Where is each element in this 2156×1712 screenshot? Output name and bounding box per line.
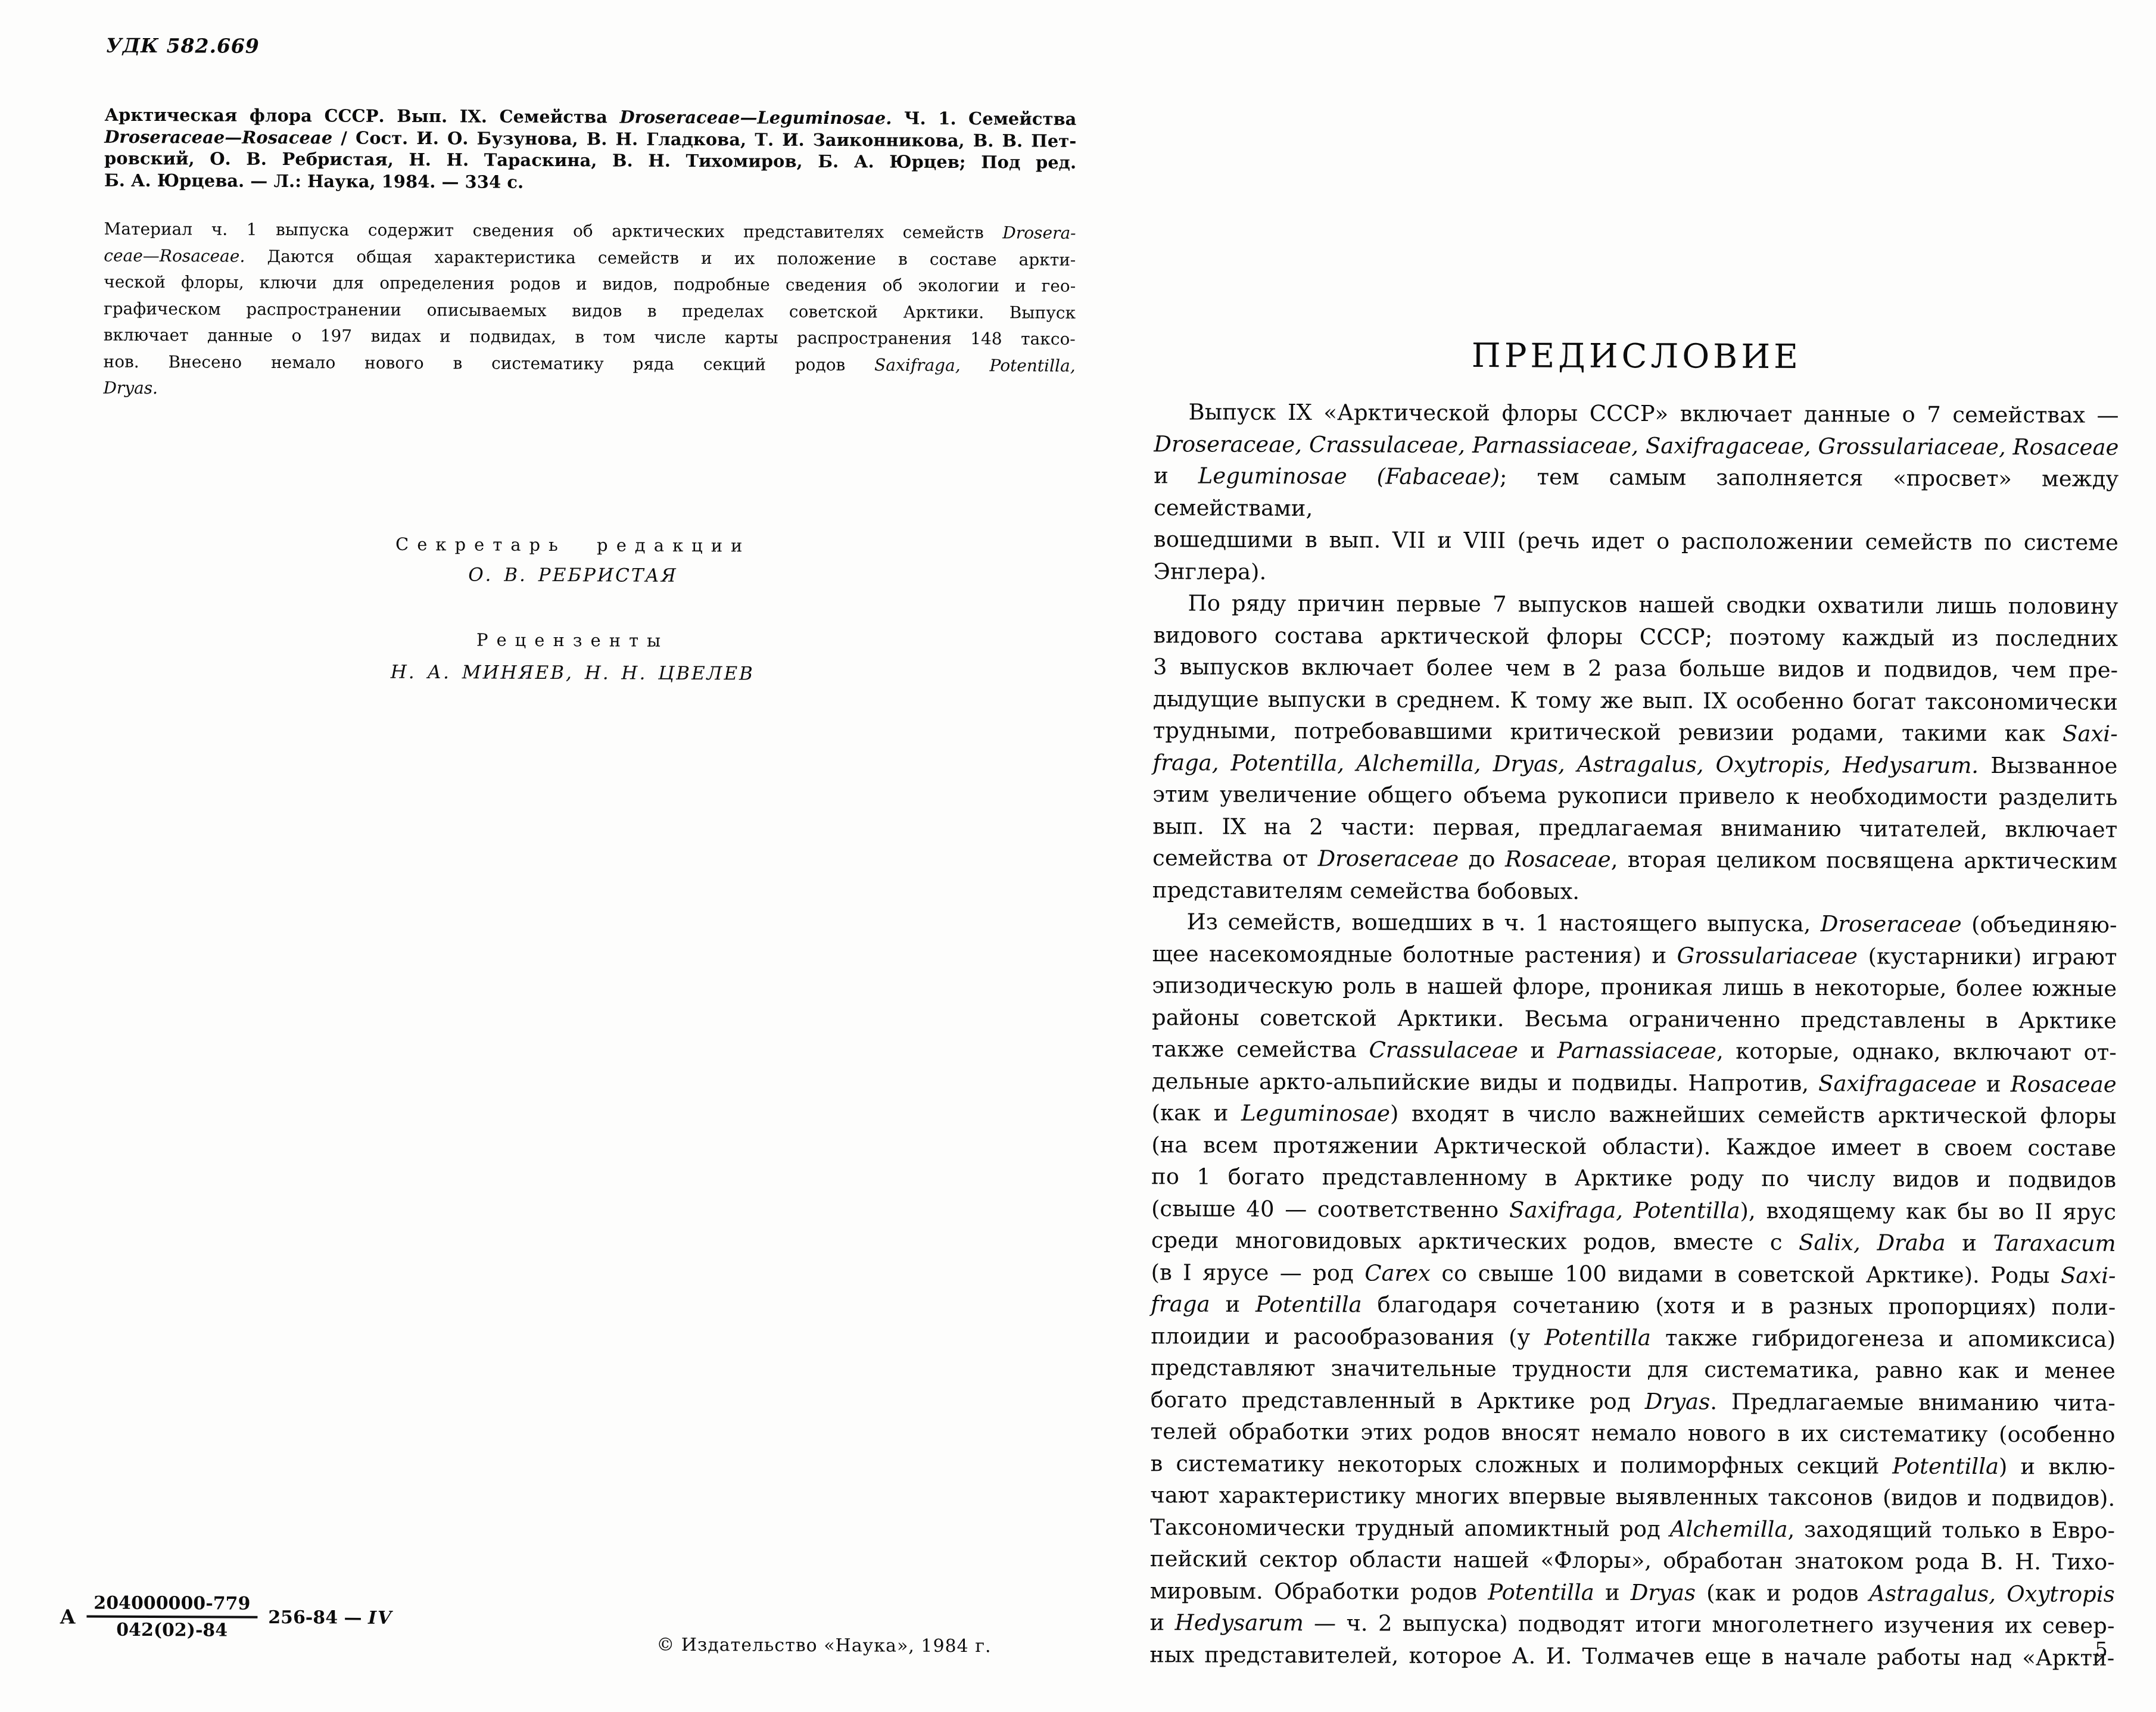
text-line: эпизодическую роль в нашей флоре, проник…	[1152, 969, 2117, 1005]
text-segment: Выпуск IX «Арктической флоры СССР» включ…	[1189, 399, 2119, 428]
text-segment: и	[1518, 1037, 1557, 1063]
text-segment: , вторая целиком посвящена арктическим	[1611, 847, 2117, 874]
reviewers-names: Н. А. МИНЯЕВ, Н. Н. ЦВЕЛЕВ	[102, 660, 1043, 686]
bibliographic-entry: Арктическая флора СССР. Вып. IX. Семейст…	[104, 104, 1077, 195]
text-segment: , которые, однако, включают от-	[1716, 1039, 2117, 1065]
text-segment: (как и	[1151, 1100, 1241, 1126]
text-line: По ряду причин первые 7 выпусков нашей с…	[1153, 587, 2118, 622]
text-line: дельные аркто-альпийские виды и подвиды.…	[1152, 1065, 2117, 1100]
paragraph: По ряду причин первые 7 выпусков нашей с…	[1152, 587, 2118, 909]
text-line: Материал ч. 1 выпуска содержит сведения …	[104, 216, 1076, 247]
text-segment: представителям семейства бобовых.	[1152, 877, 1579, 905]
italic-text-segment: Droseraceae	[1317, 846, 1459, 872]
text-line: дыдущие выпуски в среднем. К тому же вып…	[1153, 683, 2118, 718]
text-segment: (как и родов	[1696, 1580, 1870, 1606]
italic-text-segment: fraga, Potentilla, Alchemilla, Dryas, As…	[1152, 750, 1979, 778]
text-segment: 3 выпусков включает более чем в 2 раза б…	[1153, 654, 2118, 683]
italic-text-segment: Parnassiaceae	[1557, 1038, 1716, 1064]
italic-text-segment: Rosaceae	[1505, 846, 1611, 872]
text-segment: Даются общая характеристика семейств и и…	[245, 246, 1076, 269]
italic-text-segment: Leguminosae (Fabaceae)	[1198, 463, 1500, 489]
text-segment: этим увеличение общего объема рукописи п…	[1152, 781, 2117, 810]
text-segment: включает данные о 197 видах и подвидах, …	[104, 325, 1076, 349]
text-segment: дыдущие выпуски в среднем. К тому же вып…	[1153, 686, 2118, 715]
italic-text-segment: Hedysarum	[1174, 1610, 1304, 1636]
italic-text-segment: Salix, Draba	[1799, 1230, 1946, 1256]
italic-text-segment: Saxi-	[2061, 1262, 2116, 1288]
text-segment: По ряду причин первые 7 выпусков нашей с…	[1188, 590, 2118, 619]
text-segment: в систематику некоторых сложных и полимо…	[1150, 1451, 1892, 1479]
annotation-abstract: Материал ч. 1 выпуска содержит сведения …	[103, 216, 1076, 406]
text-line: нов. Внесено немало нового в систематику…	[104, 348, 1076, 379]
preface-page: ПРЕДИСЛОВИЕ Выпуск IX «Арктической флоры…	[1099, 0, 2156, 1712]
text-segment: (свыше 40 — соответственно	[1151, 1196, 1509, 1223]
secretary-name: О. В. РЕБРИСТАЯ	[102, 563, 1043, 588]
italic-text-segment: Saxifragaceae	[1818, 1071, 1977, 1097]
text-segment: Материал ч. 1 выпуска содержит сведения …	[104, 219, 1003, 243]
text-line: Б. А. Юрцева. — Л.: Наука, 1984. — 334 с…	[104, 169, 1076, 195]
text-line: вошедшими в вып. VII и VIII (речь идет о…	[1154, 523, 2118, 559]
text-segment: ) и вклю-	[1999, 1454, 2116, 1480]
print-code-numerator: 204000000-779	[86, 1593, 257, 1616]
text-segment: семейства от	[1152, 845, 1318, 871]
text-line: трудными, потребовавшими критической рев…	[1153, 715, 2118, 750]
text-line: этим увеличение общего объема рукописи п…	[1152, 778, 2117, 813]
preface-body: Выпуск IX «Арктической флоры СССР» включ…	[1149, 396, 2118, 1674]
secretary-heading: Секретарь редакции	[102, 533, 1043, 557]
text-segment: Ч. 1. Семейства	[892, 108, 1076, 129]
paragraph: Из семейств, вошедших в ч. 1 настоящего …	[1149, 906, 2117, 1674]
text-segment: дельные аркто-альпийские виды и подвиды.…	[1152, 1068, 1819, 1096]
text-segment: среди многовидовых арктических родов, вм…	[1151, 1227, 1799, 1255]
text-segment: . Предлагаемые вниманию чита-	[1710, 1389, 2116, 1415]
italic-text-segment: Dryas	[1631, 1580, 1696, 1605]
text-line: Таксономически трудный апомиктный род Al…	[1150, 1511, 2115, 1546]
text-line: (в I ярусе — род Carex со свыше 100 вида…	[1151, 1256, 2116, 1292]
text-segment: чают характеристику многих впервые выявл…	[1150, 1482, 2115, 1511]
text-segment: и	[1977, 1071, 2011, 1097]
text-line: плоидии и расообразования (у Potentilla …	[1151, 1320, 2116, 1355]
text-segment: представляют значительные трудности для …	[1151, 1355, 2116, 1384]
text-line: районы советской Арктики. Весьма огранич…	[1152, 1002, 2117, 1037]
text-line: ceae—Rosaceae. Даются общая характеристи…	[104, 242, 1076, 273]
text-segment: богато представленный в Арктике род	[1151, 1387, 1645, 1414]
italic-text-segment: Droseraceae—Rosaceae	[104, 126, 332, 148]
italic-text-segment: Alchemilla	[1670, 1516, 1788, 1542]
preface-title: ПРЕДИСЛОВИЕ	[1154, 335, 2119, 378]
text-line: видового состава арктической флоры СССР;…	[1153, 619, 2118, 654]
text-line: и Leguminosae (Fabaceae); тем самым запо…	[1154, 460, 2118, 527]
text-line: по 1 богато представленному в Арктике ро…	[1151, 1161, 2116, 1196]
text-segment: телей обработки этих родов вносят немало…	[1151, 1418, 2116, 1448]
text-line: среди многовидовых арктических родов, вм…	[1151, 1224, 2116, 1259]
text-segment: и	[1210, 1292, 1255, 1317]
text-line: графическом распространении описываемых …	[104, 295, 1076, 326]
text-line: ческой флоры, ключи для определения родо…	[104, 269, 1076, 300]
text-segment: Таксономически трудный апомиктный род	[1150, 1514, 1670, 1542]
italic-text-segment: fraga	[1151, 1291, 1210, 1317]
text-line: (свыше 40 — соответственно Saxifraga, Po…	[1151, 1193, 2116, 1228]
text-segment: пейский сектор области нашей «Флоры», об…	[1150, 1546, 2115, 1575]
italic-text-segment: Grossulariaceae	[1677, 943, 1858, 969]
text-segment: видового состава арктической флоры СССР;…	[1153, 622, 2118, 651]
text-segment: ровский, О. В. Ребристая, Н. Н. Тараскин…	[104, 148, 1076, 173]
text-line: также семейства Crassulaceae и Parnassia…	[1152, 1033, 2117, 1068]
text-segment: (объединяю-	[1962, 912, 2117, 938]
italic-text-segment: Saxifraga, Potentilla,	[874, 355, 1076, 375]
page-number: 5	[2095, 1638, 2108, 1662]
text-segment: Вызванное	[1979, 753, 2118, 779]
text-segment: 256-84 —	[268, 1607, 368, 1628]
text-segment: вып. IX на 2 части: первая, предлагаемая…	[1152, 813, 2117, 843]
text-line: (на всем протяжении Арктической области)…	[1151, 1129, 2116, 1164]
text-segment: нов. Внесено немало нового в систематику…	[104, 351, 875, 375]
text-line: Droseraceae, Crassulaceae, Parnassiaceae…	[1154, 428, 2118, 463]
text-line: представляют значительные трудности для …	[1151, 1352, 2116, 1387]
text-line: Выпуск IX «Арктической флоры СССР» включ…	[1154, 396, 2119, 431]
italic-text-segment: Droseraceae—Leguminosae.	[619, 107, 892, 128]
text-segment: вошедшими в вып. VII и VIII (речь идет о…	[1154, 526, 2118, 556]
text-segment: ), входящему как бы во II ярус	[1740, 1198, 2116, 1224]
text-segment: / Сост. И. О. Бузунова, В. Н. Гладкова, …	[332, 127, 1076, 151]
text-line: в систематику некоторых сложных и полимо…	[1150, 1448, 2115, 1483]
text-line: телей обработки этих родов вносят немало…	[1151, 1415, 2116, 1451]
italic-text-segment: Potentilla	[1544, 1324, 1651, 1351]
italic-text-segment: Leguminosae	[1241, 1100, 1390, 1127]
text-segment: районы советской Арктики. Весьма огранич…	[1152, 1005, 2117, 1034]
text-line: чают характеристику многих впервые выявл…	[1150, 1479, 2115, 1514]
text-segment: щее насекомоядные болотные растения) и	[1152, 941, 1677, 968]
text-segment: Энглера).	[1154, 559, 1267, 585]
text-segment: благодаря сочетанию (хотя и в разных про…	[1362, 1292, 2116, 1320]
print-code-denominator: 042(02)-84	[86, 1616, 257, 1641]
text-line: представителям семейства бобовых.	[1152, 874, 2117, 909]
text-line: Из семейств, вошедших в ч. 1 настоящего …	[1152, 906, 2117, 941]
italic-text-segment: Carex	[1364, 1260, 1431, 1286]
text-segment: и	[1154, 463, 1198, 488]
text-segment: и	[1594, 1579, 1631, 1605]
book-spread-scan: { "left_page": { "udk": "УДК 582.669", "…	[0, 0, 2156, 1712]
text-segment: по 1 богато представленному в Арктике ро…	[1151, 1164, 2116, 1193]
text-line: включает данные о 197 видах и подвидах, …	[104, 322, 1076, 353]
text-segment: (на всем протяжении Арктической области)…	[1151, 1132, 2116, 1161]
italic-text-segment: Potentilla	[1488, 1579, 1594, 1605]
italic-text-segment: Drosera-	[1002, 223, 1076, 243]
text-segment: ческой флоры, ключи для определения родо…	[104, 272, 1076, 296]
text-line: богато представленный в Арктике род Drya…	[1151, 1384, 2116, 1419]
text-line: семейства от Droseraceae до Rosaceae, вт…	[1152, 842, 2117, 877]
text-line: щее насекомоядные болотные растения) и G…	[1152, 938, 2117, 973]
text-line: fraga и Potentilla благодаря сочетанию (…	[1151, 1288, 2116, 1323]
italic-text-segment: Droseraceae	[1821, 911, 1962, 937]
print-code-suffix: 256-84 — IV	[268, 1607, 392, 1628]
text-line: 3 выпусков включает более чем в 2 раза б…	[1153, 651, 2118, 686]
text-line: и Hedysarum — ч. 2 выпуска) подводят ито…	[1149, 1607, 2114, 1642]
copyright-line: © Издательство «Наука», 1984 г.	[656, 1635, 991, 1657]
text-line: Энглера).	[1154, 556, 2118, 591]
italic-text-segment: Taraxacum	[1993, 1230, 2116, 1256]
italic-text-segment: Potentilla	[1892, 1453, 1999, 1479]
text-line: (как и Leguminosae) входят в число важне…	[1151, 1097, 2116, 1132]
text-segment: , заходящий только в Евро-	[1787, 1516, 2115, 1543]
italic-text-segment: Potentilla	[1255, 1292, 1362, 1318]
text-segment: Арктическая флора СССР. Вып. IX. Семейст…	[104, 105, 619, 127]
text-segment: также семейства	[1152, 1036, 1369, 1062]
text-segment: также гибридогенеза и апомиксиса)	[1651, 1325, 2116, 1352]
italic-text-segment: IV	[368, 1607, 392, 1628]
text-segment: эпизодическую роль в нашей флоре, проник…	[1152, 972, 2117, 1002]
text-segment: Из семейств, вошедших в ч. 1 настоящего …	[1187, 909, 1821, 937]
text-segment: (в I ярусе — род	[1151, 1259, 1364, 1286]
italic-text-segment: Droseraceae, Crassulaceae, Parnassiaceae…	[1154, 431, 2118, 460]
text-segment: и	[1946, 1230, 1993, 1256]
italic-text-segment: Saxi-	[2062, 721, 2118, 747]
text-segment: ) входят в число важнейших семейств аркт…	[1390, 1101, 2117, 1129]
text-segment: мировым. Обработки родов	[1150, 1578, 1488, 1605]
print-code-fraction: 204000000-779 042(02)-84	[86, 1593, 257, 1641]
text-segment: (кустарники) играют	[1858, 943, 2117, 970]
italic-text-segment: Saxifraga, Potentilla	[1509, 1197, 1740, 1223]
italic-text-segment: Astragalus, Oxytropis	[1870, 1580, 2115, 1607]
text-segment: — ч. 2 выпуска) подводят итоги многолетн…	[1304, 1610, 2115, 1639]
italic-text-segment: Rosaceae	[2011, 1071, 2117, 1097]
print-code-block: А 204000000-779 042(02)-84 256-84 — IV	[60, 1592, 392, 1641]
paragraph: Выпуск IX «Арктической флоры СССР» включ…	[1154, 396, 2119, 591]
text-segment: и	[1149, 1610, 1174, 1635]
italic-text-segment: Dryas	[1645, 1389, 1710, 1414]
text-segment: ных представителей, которое А. И. Толмач…	[1149, 1642, 2114, 1671]
text-line: мировым. Обработки родов Potentilla и Dr…	[1150, 1575, 2115, 1610]
imprint-page: УДК 582.669 Арктическая флора СССР. Вып.…	[0, 0, 1105, 1712]
italic-text-segment: Crassulaceae	[1369, 1037, 1518, 1063]
italic-text-segment: ceae—Rosaceae.	[104, 245, 245, 266]
print-code-series-letter: А	[60, 1605, 76, 1628]
text-segment: трудными, потребовавшими критической рев…	[1153, 718, 2063, 746]
text-line: ных представителей, которое А. И. Толмач…	[1149, 1639, 2114, 1674]
udk-number: УДК 582.669	[106, 34, 260, 58]
reviewers-heading: Рецензенты	[102, 628, 1043, 653]
italic-text-segment: Dryas.	[103, 378, 158, 398]
text-segment: плоидии и расообразования (у	[1151, 1323, 1544, 1350]
text-segment: Б. А. Юрцева. — Л.: Наука, 1984. — 334 с…	[104, 170, 524, 192]
text-line: пейский сектор области нашей «Флоры», об…	[1150, 1543, 2115, 1578]
text-line: Dryas.	[103, 375, 1075, 406]
text-segment: до	[1459, 846, 1505, 872]
text-segment: со свыше 100 видами в советской Арктике)…	[1431, 1260, 2061, 1288]
text-segment: графическом распространении описываемых …	[104, 298, 1076, 322]
text-line: fraga, Potentilla, Alchemilla, Dryas, As…	[1152, 747, 2117, 782]
text-line: вып. IX на 2 части: первая, предлагаемая…	[1152, 810, 2117, 846]
